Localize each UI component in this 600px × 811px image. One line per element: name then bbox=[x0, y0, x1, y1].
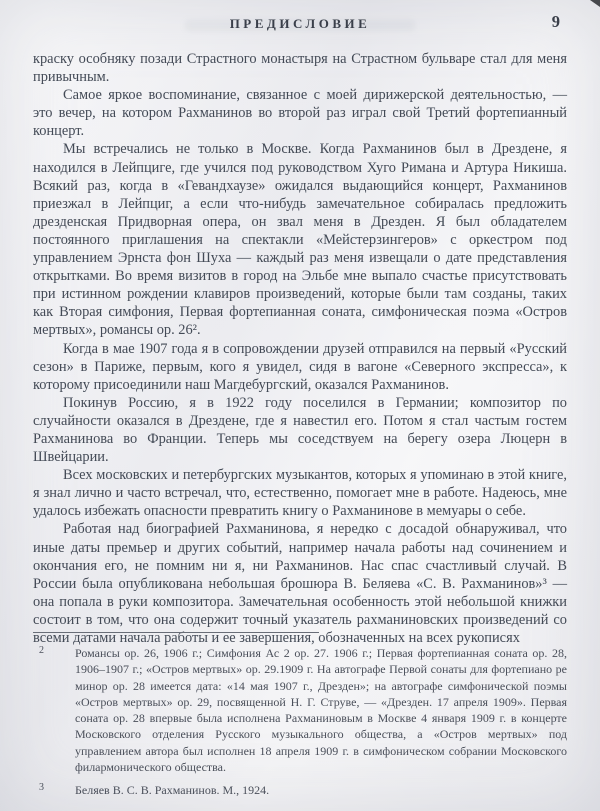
body-paragraph: Работая над биографией Рахманинова, я не… bbox=[33, 520, 567, 647]
footnote-text: Романсы ор. 26, 1906 г.; Симфония Ас 2 о… bbox=[75, 646, 567, 774]
body-paragraph: Покинув Россию, я в 1922 году поселился … bbox=[33, 394, 567, 466]
page-number: 9 bbox=[552, 12, 560, 32]
book-page: ПРЕДИСЛОВИЕ 9 краску особняку позади Стр… bbox=[0, 0, 600, 811]
footnote-separator bbox=[33, 632, 319, 633]
body-paragraph: Всех московских и петербургских музыкант… bbox=[33, 466, 567, 520]
body-paragraph: Самое яркое воспоминание, связанное с мо… bbox=[33, 86, 567, 140]
footnote: 2 Романсы ор. 26, 1906 г.; Симфония Ас 2… bbox=[33, 645, 567, 775]
footnote-marker: 3 bbox=[39, 780, 44, 796]
footnote: 3 Беляев В. С. В. Рахманинов. М., 1924. bbox=[33, 782, 567, 798]
body-paragraph: Мы встречались не только в Москве. Когда… bbox=[33, 140, 567, 339]
footnote-marker: 2 bbox=[39, 643, 44, 659]
footnote-text: Беляев В. С. В. Рахманинов. М., 1924. bbox=[75, 783, 269, 797]
page-corner-shadow bbox=[590, 0, 600, 7]
body-paragraph: Когда в мае 1907 года я в сопровождении … bbox=[33, 340, 567, 394]
body-paragraph: краску особняку позади Страстного монаст… bbox=[33, 50, 567, 86]
body-text: краску особняку позади Страстного монаст… bbox=[33, 50, 567, 647]
footnotes: 2 Романсы ор. 26, 1906 г.; Симфония Ас 2… bbox=[33, 645, 567, 799]
page-header-title: ПРЕДИСЛОВИЕ bbox=[0, 16, 600, 32]
